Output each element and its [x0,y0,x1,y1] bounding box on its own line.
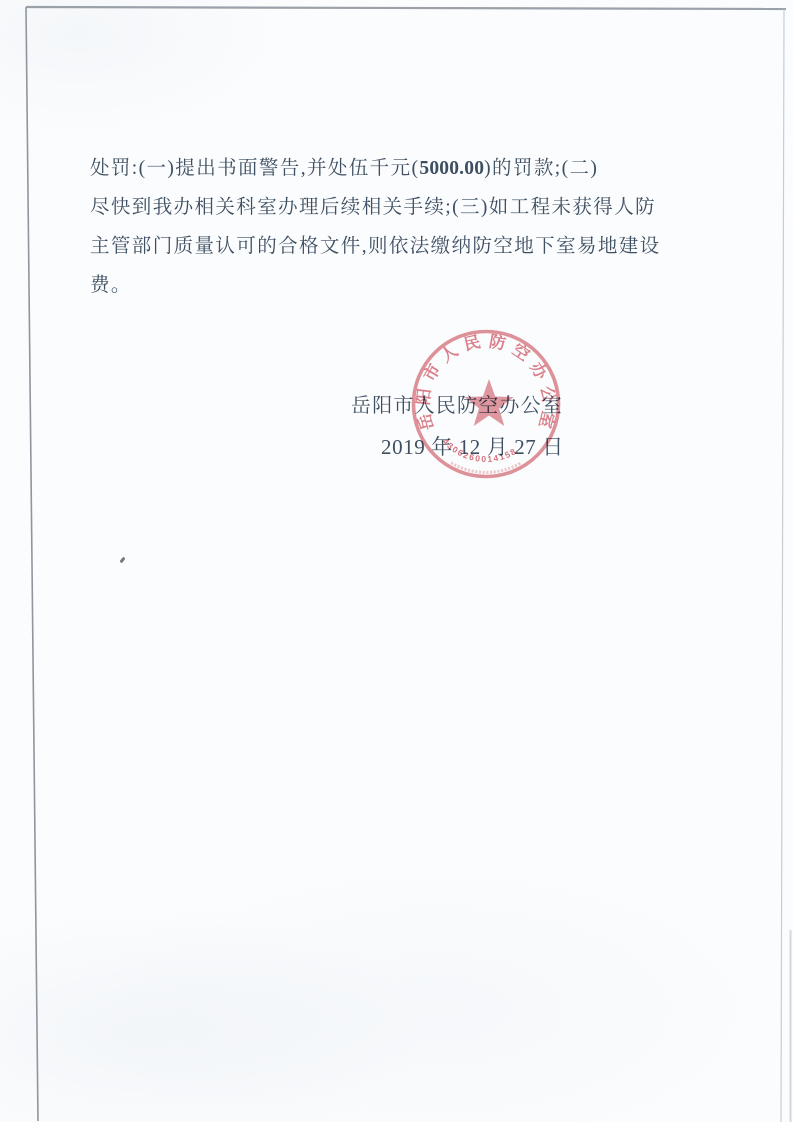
body-paragraph: 处罚:(一)提出书面警告,并处伍千元(5000.00)的罚款;(二) 尽快到我办… [90,149,661,305]
seal-code-holder: 4306260014158 [441,436,519,464]
text-line-2: 尽快到我办相关科室办理后续相关手续;(三)如工程未获得人防 [90,188,661,227]
text-line-3: 主管部门质量认可的合格文件,则依法缴纳防空地下室易地建设 [90,227,661,266]
official-seal: 岳阳市人民防空办公室 4306260014158 [406,324,566,484]
seal-star-icon [464,379,513,426]
fine-amount: 5000.00 [419,158,484,179]
text-line-4: 费。 [90,266,661,305]
text-line-1: 处罚:(一)提出书面警告,并处伍千元(5000.00)的罚款;(二) [90,149,661,188]
line1-pre: 处罚:(一)提出书面警告,并处伍千元( [90,158,419,179]
line1-post: )的罚款;(二) [484,158,598,179]
seal-code: 4306260014158 [441,436,519,464]
seal-arc-text: 岳阳市人民防空办公室 [414,332,559,433]
seal-arc-text-holder: 岳阳市人民防空办公室 [414,332,559,433]
